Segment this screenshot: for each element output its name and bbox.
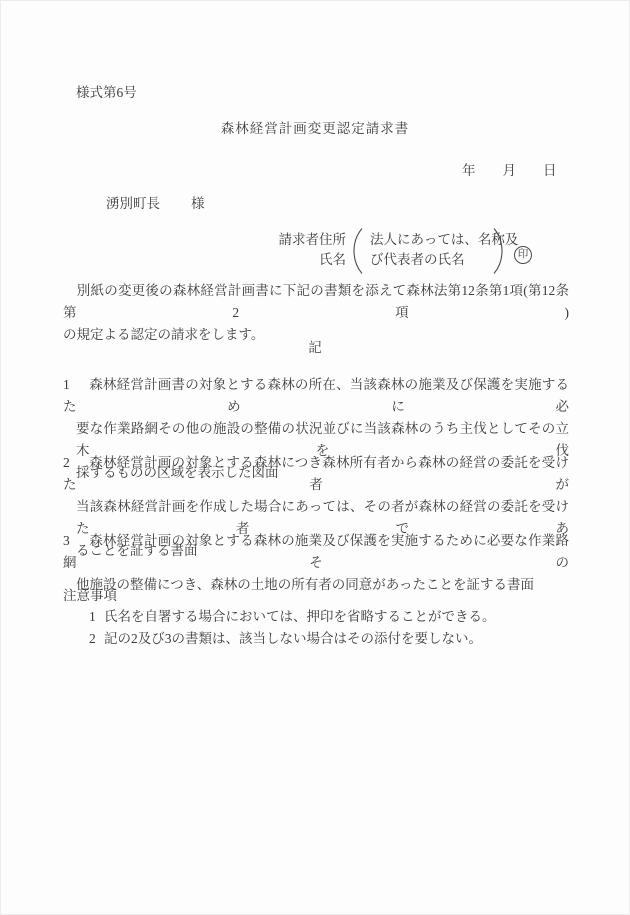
item-number: 3: [63, 530, 89, 552]
requester-address-label: 請求者住所: [239, 230, 346, 250]
item-line: 1森林経営計画書の対象とする森林の所在、当該森林の施業及び保護を実施するために必: [63, 374, 569, 418]
seal-mark-icon: 印: [514, 246, 532, 264]
day-label: 日: [543, 160, 557, 182]
note-text: 氏名を自署する場合においては、押印を省略することができる。: [104, 609, 496, 624]
item-text: 森林経営計画書の対象とする森林の所在、当該森林の施業及び保護を実施するために必: [63, 377, 569, 414]
item-line: 3森林経営計画の対象とする森林の施業及び保護を実施するために必要な作業路網その: [63, 530, 569, 574]
year-label: 年: [462, 160, 476, 182]
note-text: 記の2及び3の書類は、該当しない場合はその添付を要しない。: [104, 631, 482, 646]
item-text: 森林経営計画の対象とする森林につき森林所有者から森林の経営の委託を受けた者が: [63, 455, 569, 492]
item-line: 他施設の整備につき、森林の土地の所有者の同意があったことを証する書面: [63, 574, 569, 596]
intro-line: 別紙の変更後の森林経営計画書に下記の書類を添えて森林法第12条第1項(第12条第…: [63, 280, 569, 324]
item-number: 2: [63, 452, 89, 474]
ki-heading: 記: [1, 337, 629, 359]
attachment-item-3: 3森林経営計画の対象とする森林の施業及び保護を実施するために必要な作業路網その …: [63, 530, 569, 596]
addressee-line: 湧別町長様: [106, 193, 205, 215]
document-page: 様式第6号 森林経営計画変更認定請求書 年 月 日 湧別町長様 請求者住所 氏名…: [0, 0, 630, 915]
note-number: 2: [89, 628, 104, 650]
note-number: 1: [89, 606, 104, 628]
form-number: 様式第6号: [76, 82, 137, 104]
notes-list: 1氏名を自署する場合においては、押印を省略することができる。 2記の2及び3の書…: [89, 606, 579, 650]
item-line: 2森林経営計画の対象とする森林につき森林所有者から森林の経営の委託を受けた者が: [63, 452, 569, 496]
date-line: 年 月 日: [462, 160, 557, 182]
requester-name-label: 氏名: [239, 250, 346, 270]
item-text: 森林経営計画の対象とする森林の施業及び保護を実施するために必要な作業路網その: [63, 533, 569, 570]
requester-labels: 請求者住所 氏名: [239, 230, 346, 270]
bracket-right-icon: [492, 227, 504, 282]
document-title: 森林経営計画変更認定請求書: [1, 118, 629, 140]
bracket-left-icon: [352, 227, 364, 282]
addressee-honorific: 様: [191, 196, 205, 211]
addressee-name: 湧別町長: [106, 196, 160, 211]
note-item: 1氏名を自署する場合においては、押印を省略することができる。: [89, 606, 579, 628]
notes-heading: 注意事項: [63, 585, 117, 607]
month-label: 月: [503, 160, 517, 182]
item-number: 1: [63, 374, 89, 396]
note-item: 2記の2及び3の書類は、該当しない場合はその添付を要しない。: [89, 628, 579, 650]
